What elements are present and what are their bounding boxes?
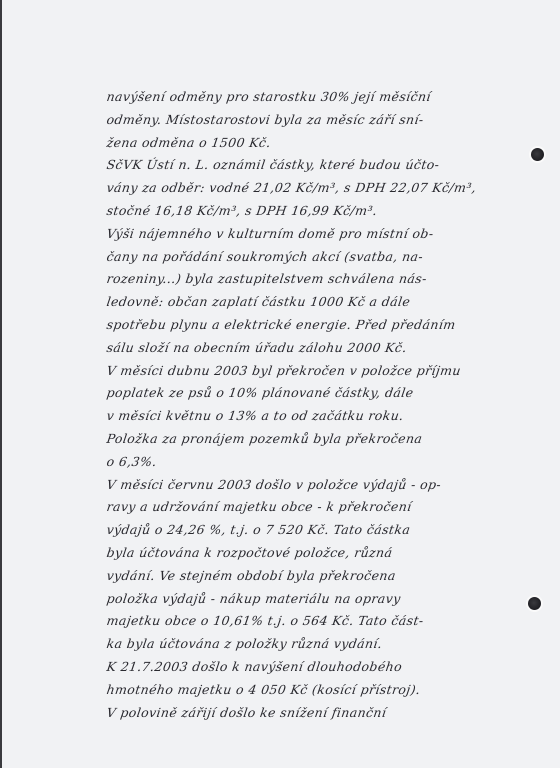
text-line: spotřebu plynu a elektrické energie. Pře… [105,314,518,337]
text-line: ledovně: občan zaplatí částku 1000 Kč a … [105,291,518,314]
text-line: V měsíci červnu 2003 došlo v položce výd… [105,474,518,497]
text-line: K 21.7.2003 došlo k navýšení dlouhodobéh… [105,656,518,679]
text-line: poplatek ze psů o 10% plánované částky, … [105,382,518,405]
text-line: vydání. Ve stejném období byla překročen… [105,565,518,588]
text-line: žena odměna o 1500 Kč. [105,132,518,155]
text-line: majetku obce o 10,61% t.j. o 564 Kč. Tat… [105,610,518,633]
text-line: SčVK Ústí n. L. oznámil částky, které bu… [105,154,518,177]
scanned-page: navýšení odměny pro starostku 30% její m… [0,0,560,768]
text-line: rozeniny...) byla zastupitelstvem schvál… [105,268,518,291]
text-line: byla účtována k rozpočtové položce, různ… [105,542,518,565]
handwritten-text-block: navýšení odměny pro starostku 30% její m… [105,86,515,724]
text-line: odměny. Místostarostovi byla za měsíc zá… [105,109,518,132]
text-line: čany na pořádání soukromých akcí (svatba… [105,246,518,269]
text-line: Položka za pronájem pozemků byla překroč… [105,428,518,451]
text-line: navýšení odměny pro starostku 30% její m… [105,86,518,109]
text-line: hmotného majetku o 4 050 Kč (kosící přís… [105,679,518,702]
punch-hole-icon [531,148,544,161]
text-line: výdajů o 24,26 %, t.j. o 7 520 Kč. Tato … [105,519,518,542]
text-line: položka výdajů - nákup materiálu na opra… [105,588,518,611]
text-line: stočné 16,18 Kč/m³, s DPH 16,99 Kč/m³. [105,200,518,223]
text-line: v měsíci květnu o 13% a to od začátku ro… [105,405,518,428]
text-line: V měsíci dubnu 2003 byl překročen v polo… [105,360,518,383]
text-line: Výši nájemného v kulturním domě pro míst… [105,223,518,246]
text-line: vány za odběr: vodné 21,02 Kč/m³, s DPH … [105,177,518,200]
text-line: ravy a udržování majetku obce - k překro… [105,496,518,519]
scan-edge [0,0,2,768]
text-line: ka byla účtována z položky různá vydání. [105,633,518,656]
text-line: o 6,3%. [105,451,518,474]
text-line: sálu složí na obecním úřadu zálohu 2000 … [105,337,518,360]
punch-hole-icon [528,597,541,610]
text-line: V polovině zářijí došlo ke snížení finan… [105,702,518,725]
